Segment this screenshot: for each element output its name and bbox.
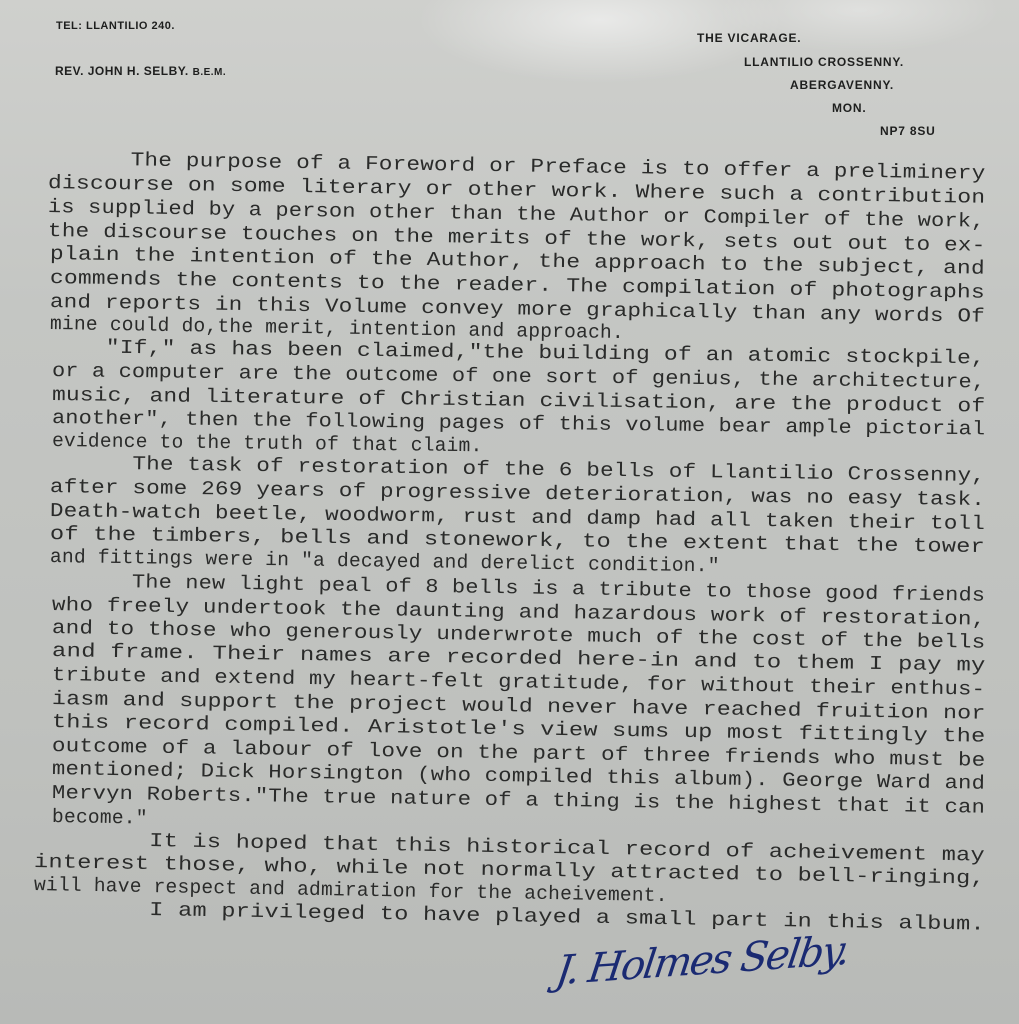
body-line: become." — [52, 806, 148, 830]
signature: J. Holmes Selby. — [556, 938, 826, 1018]
signature-text: J. Holmes Selby. — [553, 928, 851, 995]
letter-page: TEL: LLANTILIO 240. REV. JOHN H. SELBY. … — [0, 0, 1019, 1024]
letter-body: The purpose of a Foreword or Preface is … — [0, 0, 1019, 1024]
